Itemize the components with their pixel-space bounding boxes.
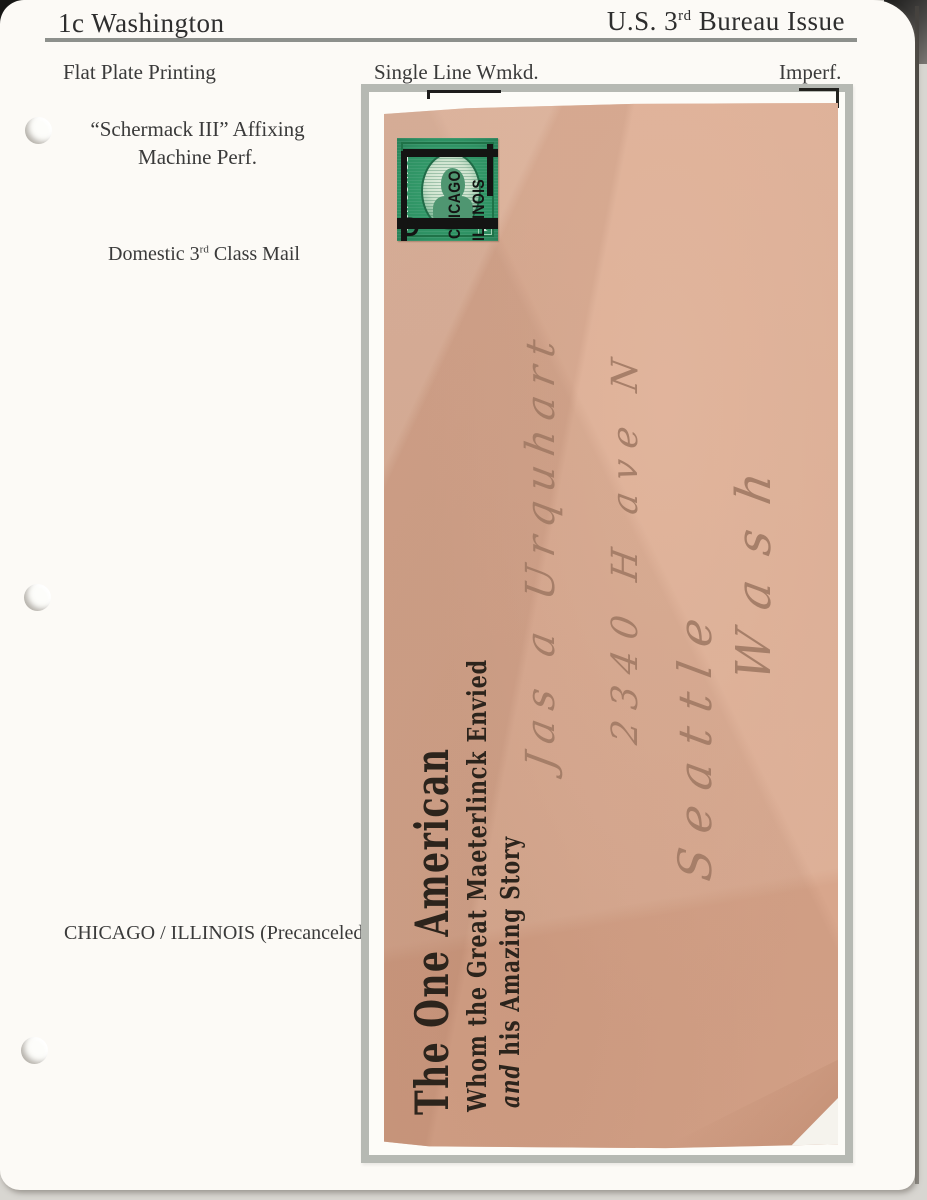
album-page: 1c Washington U.S. 3rd Bureau Issue Flat… bbox=[0, 0, 915, 1190]
mail-class-prefix: Domestic 3 bbox=[108, 243, 200, 265]
precancel-state-overprint: ILLINOIS bbox=[469, 179, 489, 241]
perforation-label: Imperf. bbox=[779, 60, 841, 85]
header-rule bbox=[45, 38, 857, 42]
handwritten-address-city: Seattle bbox=[668, 598, 722, 885]
cover-mat-frame: U.S.POSTAGE 1 D CHICAGO ILLINOIS Jas a U… bbox=[361, 84, 853, 1163]
mount-corner-mark-top-left bbox=[427, 90, 430, 99]
affixing-note-line1: “Schermack III” Affixing bbox=[55, 116, 340, 144]
cover-envelope: U.S.POSTAGE 1 D CHICAGO ILLINOIS Jas a U… bbox=[384, 103, 838, 1149]
ordinal-suffix: rd bbox=[678, 8, 691, 24]
handwritten-address-name: Jas a Urquhart bbox=[518, 326, 564, 773]
printed-slogan-title: The One American bbox=[405, 748, 459, 1115]
page-right-edge-shadow bbox=[915, 6, 919, 1184]
mount-corner-mark-top-right bbox=[799, 88, 839, 91]
mount-corner-mark-top-left bbox=[427, 90, 501, 93]
slogan-tagline-rest: his Amazing Story bbox=[496, 836, 526, 1064]
page-title: 1c Washington bbox=[58, 8, 225, 39]
watermark-label: Single Line Wmkd. bbox=[374, 60, 539, 85]
hole-punch-top bbox=[25, 117, 52, 144]
mail-class-label: Domestic 3rd Class Mail bbox=[108, 243, 300, 266]
precancel-caption: CHICAGO / ILLINOIS (Precanceled) bbox=[64, 922, 370, 945]
precancel-bar bbox=[403, 149, 498, 157]
printing-method-label: Flat Plate Printing bbox=[63, 60, 216, 85]
printed-slogan-tagline: and his Amazing Story bbox=[496, 836, 526, 1108]
slogan-tagline-italic: and bbox=[496, 1064, 526, 1108]
ordinal-suffix: rd bbox=[200, 243, 209, 255]
handwritten-address-state: Wash bbox=[726, 442, 782, 685]
handwritten-address-street: 2340 H ave N bbox=[605, 344, 646, 747]
hole-punch-middle bbox=[24, 584, 51, 611]
hole-punch-bottom bbox=[21, 1037, 48, 1064]
printed-slogan-subtitle: Whom the Great Maeterlinck Envied bbox=[463, 659, 493, 1112]
one-cent-washington-stamp: U.S.POSTAGE 1 D CHICAGO ILLINOIS bbox=[397, 138, 498, 241]
precancel-letter-fragment: D bbox=[402, 212, 420, 241]
issue-title-prefix: U.S. 3 bbox=[607, 6, 678, 36]
issue-title: U.S. 3rd Bureau Issue bbox=[607, 6, 845, 37]
affixing-machine-note: “Schermack III” Affixing Machine Perf. bbox=[55, 116, 340, 171]
precancel-city-overprint: CHICAGO bbox=[445, 170, 465, 239]
mail-class-suffix: Class Mail bbox=[209, 243, 300, 265]
affixing-note-line2: Machine Perf. bbox=[55, 144, 340, 172]
issue-title-suffix: Bureau Issue bbox=[692, 6, 845, 36]
